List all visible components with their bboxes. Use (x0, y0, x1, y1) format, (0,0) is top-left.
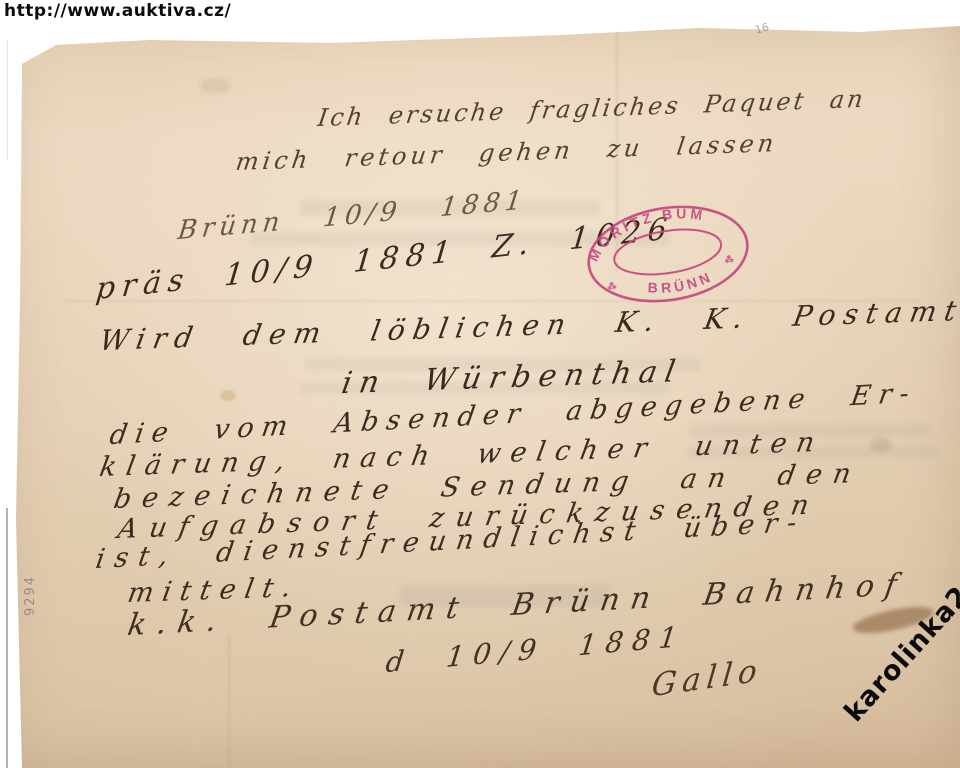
source-url-watermark: http://www.auktiva.cz/ (4, 1, 231, 21)
stamp-ornament-left: ⁂ (606, 280, 617, 292)
paper-crease (228, 636, 230, 768)
stamp-ornament-right: ⁂ (724, 253, 735, 265)
pencil-inventory-number: 9294 (23, 575, 38, 616)
paper-stain (220, 390, 236, 401)
scanner-edge-line (6, 508, 8, 768)
paper-stain (870, 438, 892, 452)
scanner-edge-line-top (7, 40, 8, 160)
stamp-bottom-text: BRÜNN (645, 267, 717, 299)
scanned-document-image: http://www.auktiva.cz/ Ich ersuche fragl… (0, 0, 960, 768)
paper-stain (200, 78, 230, 94)
